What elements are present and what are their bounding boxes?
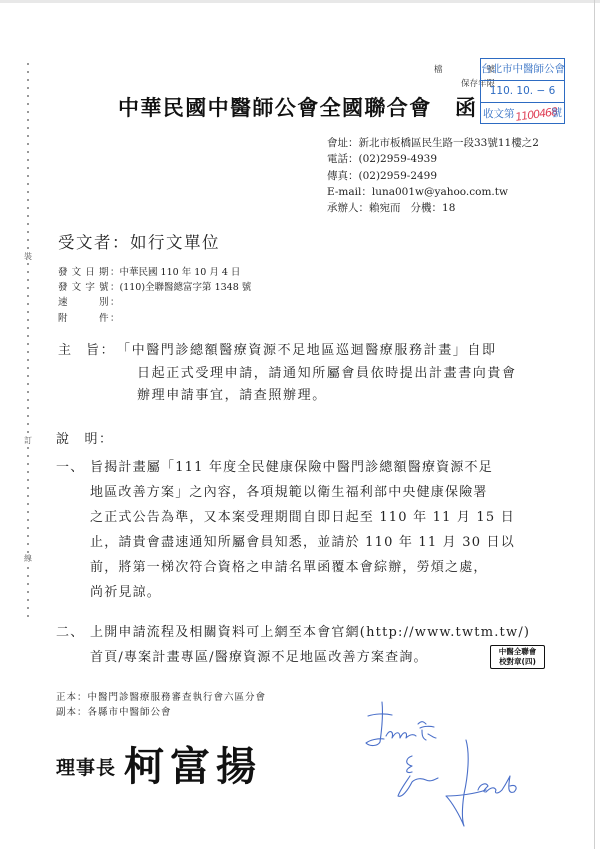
email-value: luna001w@yahoo.com.tw bbox=[372, 186, 508, 198]
attachment-label: 附件 bbox=[58, 311, 110, 326]
fax-value: (02)2959-2499 bbox=[359, 170, 438, 182]
item-line: 地區改善方案」之內容，各項規範以衛生福利部中央健康保險署 bbox=[90, 480, 580, 505]
fax-label: 傳真： bbox=[327, 170, 359, 182]
phone-label: 電話： bbox=[327, 153, 359, 165]
original-value: 中醫門診醫療服務審查執行會六區分會 bbox=[88, 692, 267, 703]
subject-label-1: 主 bbox=[58, 340, 73, 363]
subject-label-2: 旨： bbox=[86, 340, 115, 363]
recipient-label: 受文者： bbox=[58, 233, 130, 252]
subject-line: 日起正式受理申請，請通知所屬會員依時提出計畫書向貴會 bbox=[117, 363, 572, 386]
item-line: 之正式公告為準，又本案受理期間自即日起至 110 年 11 月 15 日 bbox=[90, 505, 580, 530]
chairman-signature-block: 理事長柯富揚 bbox=[56, 735, 262, 792]
doc-number-label: 發文字號 bbox=[58, 280, 110, 295]
receipt-stamp-date: 110. 10. − 6 bbox=[481, 81, 564, 103]
item-line: 止，請貴會盡速通知所屬會員知悉，並請於 110 年 11 月 30 日以 bbox=[90, 530, 580, 555]
subject-line: 辦理申請事宜，請查照辦理。 bbox=[117, 385, 572, 408]
document-meta: 發文日期：中華民國 110 年 10 月 4 日 發文字號：(110)全聯醫總富… bbox=[58, 265, 251, 326]
original-label: 正本： bbox=[56, 692, 88, 703]
distribution-list: 正本：中醫門診醫療服務審查執行會六區分會 副本：各縣市中醫師公會 bbox=[56, 690, 266, 720]
issue-date-row: 發文日期：中華民國 110 年 10 月 4 日 bbox=[58, 265, 251, 280]
receipt-stamp-number-row: 收文第1100468號 bbox=[481, 103, 564, 125]
handler-value: 賴宛而 bbox=[369, 202, 401, 214]
item-line: 旨揭計畫屬「111 年度全民健康保險中醫門診總額醫療資源不足 bbox=[90, 455, 580, 480]
binding-margin: 裝 訂 線 bbox=[22, 60, 34, 620]
speed-label: 速別 bbox=[58, 295, 110, 310]
scan-top-edge bbox=[0, 0, 600, 3]
chairman-title: 理事長 bbox=[56, 757, 116, 779]
scan-right-edge bbox=[594, 0, 595, 849]
speed-row: 速別： bbox=[58, 295, 251, 310]
phone-line: 電話：(02)2959-4939 bbox=[327, 151, 539, 167]
item-line: 尚祈見諒。 bbox=[90, 580, 580, 605]
handler-line: 承辦人：賴宛而 分機：18 bbox=[327, 200, 539, 216]
attachment-row: 附件： bbox=[58, 311, 251, 326]
copy-recipient-row: 副本：各縣市中醫師公會 bbox=[56, 705, 266, 720]
organization-title: 中華民國中醫師公會全國聯合會 bbox=[118, 92, 432, 122]
extension-label: 分機： bbox=[411, 202, 443, 214]
address-label: 會址： bbox=[327, 137, 359, 149]
proofreading-stamp: 中醫全聯會 校對章(四) bbox=[490, 645, 545, 669]
copy-label: 副本： bbox=[56, 707, 88, 718]
item-number: 二、 bbox=[56, 620, 84, 645]
address-line: 會址：新北市板橋區民生路一段33號11樓之2 bbox=[327, 135, 539, 151]
email-label: E-mail： bbox=[327, 186, 372, 198]
receipt-suffix: 號 bbox=[552, 103, 563, 124]
receipt-stamp: 台北市中醫師公會 110. 10. − 6 收文第1100468號 bbox=[480, 58, 565, 124]
copy-value: 各縣市中醫師公會 bbox=[88, 707, 172, 718]
subject-body: 「中醫門診總額醫療資源不足地區巡迴醫療服務計畫」自即 日起正式受理申請，請通知所… bbox=[117, 340, 572, 408]
subject-line: 「中醫門診總額醫療資源不足地區巡迴醫療服務計畫」自即 bbox=[117, 340, 572, 363]
receipt-prefix: 收文第 bbox=[483, 108, 515, 120]
issue-date-value: 中華民國 110 年 10 月 4 日 bbox=[120, 267, 241, 278]
item-line-with-website-link: 上開申請流程及相關資料可上網至本會官網(http://www.twtm.tw/) bbox=[90, 620, 580, 645]
phone-value: (02)2959-4939 bbox=[359, 153, 438, 165]
proof-stamp-line-2: 校對章(四) bbox=[491, 657, 544, 667]
binding-mark-bind: 裝 bbox=[22, 252, 34, 262]
binding-mark-staple: 訂 bbox=[22, 436, 34, 446]
handler-label: 承辦人： bbox=[327, 202, 369, 214]
recipient: 受文者：如行文單位 bbox=[58, 229, 220, 253]
doc-number-row: 發文字號：(110)全聯醫總富字第 1348 號 bbox=[58, 280, 251, 295]
fax-line: 傳真：(02)2959-2499 bbox=[327, 168, 539, 184]
issue-date-label: 發文日期 bbox=[58, 265, 110, 280]
proof-stamp-line-1: 中醫全聯會 bbox=[491, 647, 544, 657]
handwritten-signature-icon bbox=[360, 698, 530, 838]
extension-value: 18 bbox=[442, 202, 455, 214]
item-number: 一、 bbox=[56, 455, 84, 480]
explanation-label-2: 明： bbox=[85, 432, 114, 447]
original-recipient-row: 正本：中醫門診醫療服務審查執行會六區分會 bbox=[56, 690, 266, 705]
binding-mark-line: 線 bbox=[22, 554, 34, 564]
receipt-stamp-organization: 台北市中醫師公會 bbox=[481, 59, 564, 81]
binding-dotted-line bbox=[27, 60, 29, 620]
email-line: E-mail：luna001w@yahoo.com.tw bbox=[327, 184, 539, 200]
chairman-name: 柯富揚 bbox=[124, 744, 262, 790]
explanation-label-1: 說 bbox=[56, 432, 71, 447]
contact-block: 會址：新北市板橋區民生路一段33號11樓之2 電話：(02)2959-4939 … bbox=[327, 135, 539, 216]
doc-number-value: (110)全聯醫總富字第 1348 號 bbox=[120, 282, 252, 293]
address-value: 新北市板橋區民生路一段33號11樓之2 bbox=[359, 137, 539, 149]
item-text: 旨揭計畫屬「111 年度全民健康保險中醫門診總額醫療資源不足 地區改善方案」之內… bbox=[90, 455, 580, 605]
item-line: 前，將第一梯次符合資格之申請名單函覆本會綜辦，勞煩之處， bbox=[90, 555, 580, 580]
document-type: 函 bbox=[455, 92, 476, 122]
explanation-heading: 說明： bbox=[56, 428, 114, 447]
recipient-value: 如行文單位 bbox=[130, 233, 220, 252]
